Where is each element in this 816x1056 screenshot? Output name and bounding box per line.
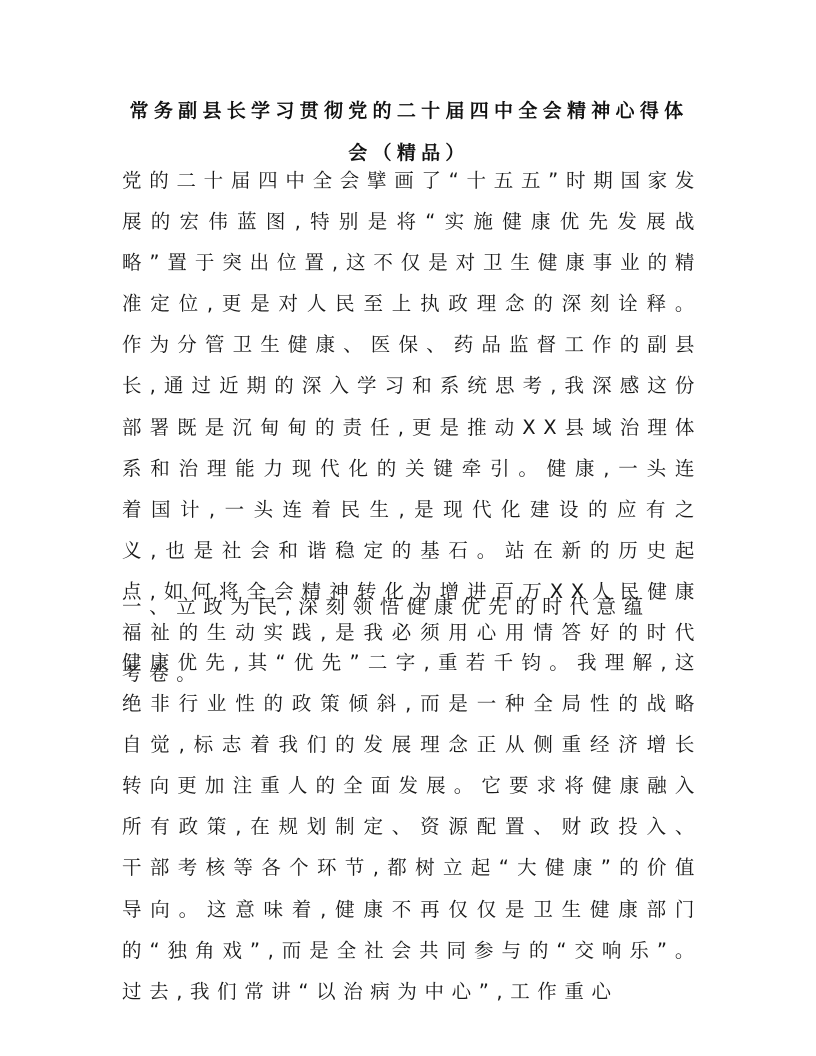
document-page: 常务副县长学习贯彻党的二十届四中全会精神心得体会（精品） 党的二十届四中全会擘画… [0,0,816,1056]
section-heading: 一、立政为民,深刻领悟健康优先的时代意蕴 [122,586,702,627]
section-paragraph: 健康优先,其“优先”二字,重若千钧。我理解,这绝非行业性的政策倾斜,而是一种全局… [122,642,702,1012]
